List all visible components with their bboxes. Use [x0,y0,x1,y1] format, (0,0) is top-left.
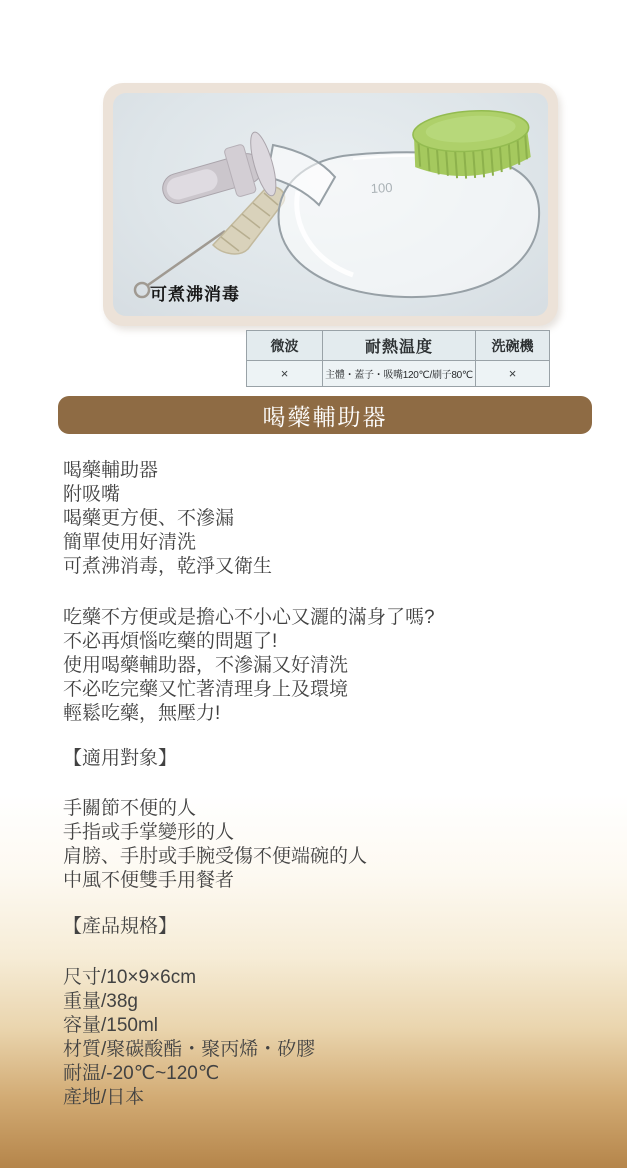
intro-paragraph: 喝藥輔助器 附吸嘴 喝藥更方便、不滲漏 簡單使用好清洗 可煮沸消毒，乾淨又衛生 [63,459,272,579]
text-line: 中風不便雙手用餐者 [63,869,367,893]
table-header-dishwasher: 洗碗機 [476,331,549,360]
text-line: 材質/聚碳酸酯・聚丙烯・矽膠 [63,1038,315,1062]
text-line: 產地/日本 [63,1086,315,1110]
table-header-heat-temp: 耐熱温度 [323,331,475,360]
text-line: 容量/150ml [63,1014,315,1038]
table-value-heat-temp: 主體・蓋子・吸嘴120℃/刷子80℃ [323,361,475,386]
text-line: 手指或手掌變形的人 [63,821,367,845]
measure-mark: 100 [370,180,392,196]
text-line: 不必再煩惱吃藥的問題了! [63,630,435,654]
text-line: 喝藥更方便、不滲漏 [63,507,272,531]
table-value-dishwasher: × [476,361,549,386]
text-line: 尺寸/10×9×6cm [63,966,315,990]
text-line: 簡單使用好清洗 [63,531,272,555]
page: 100 [0,0,627,1168]
text-line: 可煮沸消毒，乾淨又衛生 [63,555,272,579]
text-line: 手關節不便的人 [63,797,367,821]
text-line: 耐温/-20℃~120℃ [63,1062,315,1086]
product-photo-frame: 100 [103,83,558,326]
text-line: 喝藥輔助器 [63,459,272,483]
product-photo: 100 [113,93,548,316]
specs-paragraph: 尺寸/10×9×6cm 重量/38g 容量/150ml 材質/聚碳酸酯・聚丙烯・… [63,966,315,1110]
text-line: 重量/38g [63,990,315,1014]
text-line: 不必吃完藥又忙著清理身上及環境 [63,678,435,702]
product-title-banner: 喝藥輔助器 [58,396,592,434]
text-line: 肩膀、手肘或手腕受傷不便端碗的人 [63,845,367,869]
text-line: 吃藥不方便或是擔心不小心又灑的滿身了嗎? [63,606,435,630]
specs-heading: 【產品規格】 [63,915,177,939]
table-header-microwave: 微波 [247,331,322,360]
audience-paragraph: 手關節不便的人 手指或手掌變形的人 肩膀、手肘或手腕受傷不便端碗的人 中風不便雙… [63,797,367,893]
table-value-microwave: × [247,361,322,386]
text-line: 附吸嘴 [63,483,272,507]
text-line: 使用喝藥輔助器，不滲漏又好清洗 [63,654,435,678]
product-title: 喝藥輔助器 [263,399,388,432]
pitch-paragraph: 吃藥不方便或是擔心不小心又灑的滿身了嗎? 不必再煩惱吃藥的問題了! 使用喝藥輔助… [63,606,435,726]
photo-caption: 可煮沸消毒 [150,280,240,305]
heat-resistance-table: 微波 耐熱温度 洗碗機 × 主體・蓋子・吸嘴120℃/刷子80℃ × [246,330,550,387]
text-line: 輕鬆吃藥，無壓力! [63,702,435,726]
audience-heading: 【適用對象】 [63,747,177,771]
